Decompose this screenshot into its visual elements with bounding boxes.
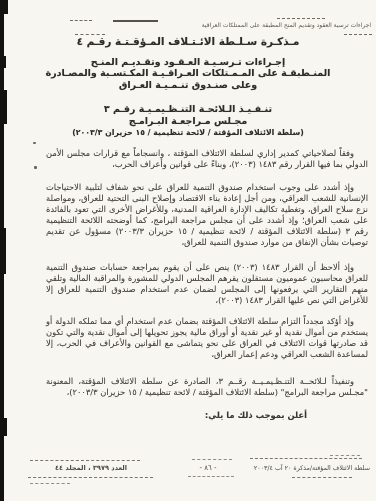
doc-title-line-2: المنـطبقـة على المـمـتلكات العـراقـيـة ا… <box>30 68 346 79</box>
footer-issue: العدد ٣٩٧٩ ، المجلد ٤٤ <box>36 464 146 472</box>
paragraph: وإذ ألاحظ أن القرار ١٤٨٣ (٢٠٠٣) ينص على … <box>46 262 368 306</box>
review-board-title: مجـلس مـراجعـة البـرامـج <box>30 116 346 127</box>
scan-artifact <box>34 166 37 169</box>
header-rule-fragment <box>70 20 92 21</box>
footer-page-number: - ٨٦ - <box>183 464 233 472</box>
footer-rule-fragment <box>250 458 362 459</box>
footer-rule-fragment <box>330 455 360 456</box>
footer-rule-fragment <box>292 477 352 478</box>
header-rule-fragment <box>344 34 372 35</box>
scan-artifact <box>4 228 6 274</box>
doc-title-line-3: وعلى صنـدوق تنـمـيـة العـراق <box>30 80 346 91</box>
footer-rule-fragment <box>30 460 140 461</box>
header-rule-fragment <box>277 18 325 19</box>
scan-artifact <box>4 90 7 124</box>
header-rule-fragment <box>75 34 105 35</box>
memo-title: مـذكـرة سـلـطة الائـتـلاف المـؤقـتـة رقـ… <box>30 36 346 48</box>
scan-artifact <box>4 56 6 68</box>
doc-title-line-1: إجـراءات تـرسـيـة العـقـود وتقـديـم المن… <box>30 57 346 68</box>
footer-rule-fragment <box>30 483 70 484</box>
footer-rule-fragment <box>188 476 234 477</box>
regulation-reference: (سلطة الائتلاف المؤقتة / لائحة تنظيمية /… <box>30 128 346 137</box>
paragraph: وإذ أشدد على وجوب استخدام صندوق التنمية … <box>46 182 368 248</box>
scanned-gazette-page: اجراءات ترسية العقود وتقديم المنح المطبق… <box>0 0 376 501</box>
declaration-line: أعلن بموجب ذلك ما يلي: <box>205 410 307 420</box>
implementation-title: تنـفـيـذ الـلائحـة التنـظـيمـيـة رقـم ٣ <box>30 104 346 115</box>
footer-reference: سلطة الائتلاف المؤقتة/مذكرة ٢٠ آب ٢٠٠٣/٤ <box>254 465 370 472</box>
running-header: اجراءات ترسية العقود وتقديم المنح المطبق… <box>202 22 371 28</box>
paragraph: وفقاً لصلاحياتي كمدير إداري لسلطة الائتل… <box>46 148 368 170</box>
footer-rule-fragment <box>192 459 232 460</box>
scan-artifact <box>4 0 8 14</box>
scan-artifact <box>33 142 36 144</box>
scan-artifact <box>4 418 7 436</box>
paragraph: وتنفيذاً لـلائحــة التنـظـيمـيــة رقــم … <box>46 376 368 398</box>
footer-rule-fragment <box>28 477 153 478</box>
paragraph: وإذ أؤكد مجدداً التزام سلطة الائتلاف الم… <box>46 316 368 360</box>
header-rule-fragment <box>113 20 158 22</box>
